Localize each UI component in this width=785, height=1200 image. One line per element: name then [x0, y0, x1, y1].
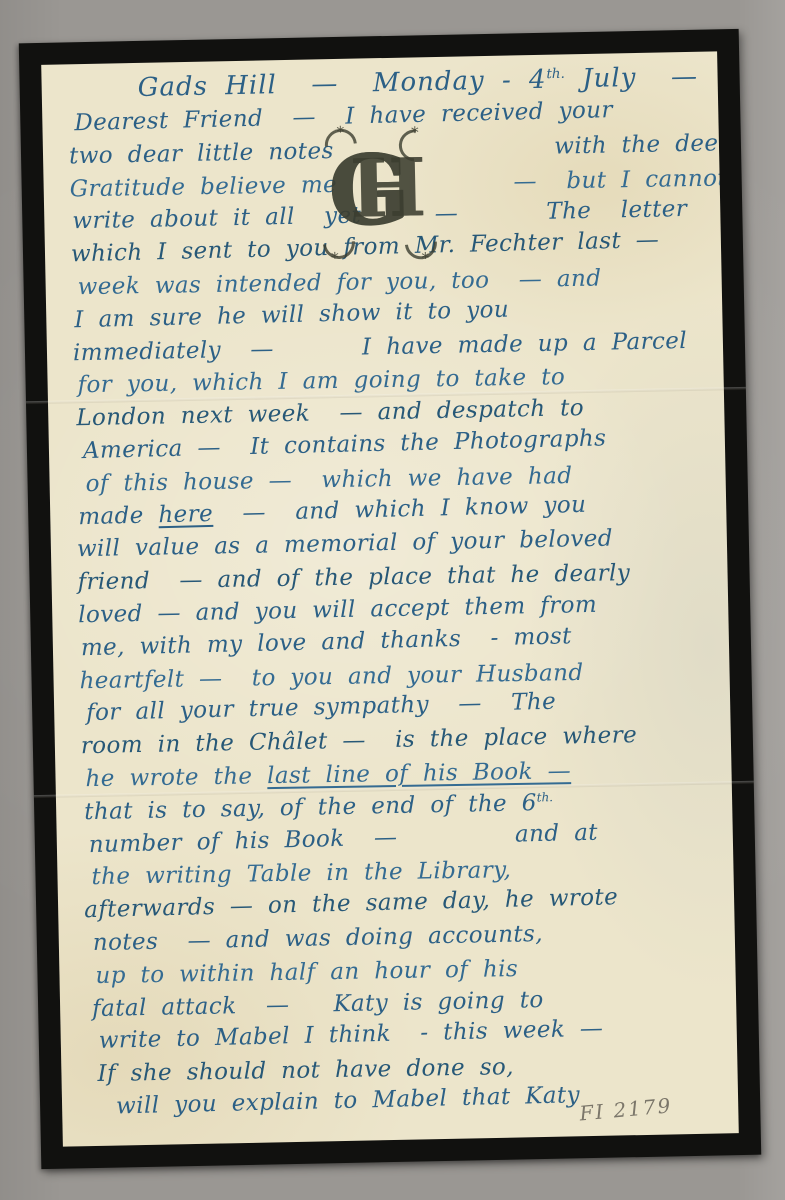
text-segment: made — [78, 502, 159, 530]
mourning-border-letter: Gads Hill — Monday - 4th. July — * * * *… — [19, 29, 761, 1169]
text-segment: th. — [546, 66, 565, 82]
text-segment: July — — [565, 62, 699, 95]
text-segment: Gads Hill — Monday - 4 — [137, 65, 546, 103]
text-segment: If she should not have done so, — [97, 1054, 514, 1087]
text-segment: th. — [537, 790, 554, 804]
text-segment: the writing Table in the Library, — [91, 857, 511, 890]
text-segment: Dearest Friend — I have received your — [74, 97, 613, 136]
underlined-phrase: here — [158, 501, 213, 528]
underlined-phrase: last line of his Book — — [267, 758, 571, 789]
letter-body: Dearest Friend — I have received yourtwo… — [42, 97, 738, 1127]
letter-paper: Gads Hill — Monday - 4th. July — * * * *… — [41, 51, 739, 1146]
text-segment: he wrote the — [85, 763, 267, 792]
scanner-background: { "colors": { "scanner_background": "#9a… — [0, 0, 785, 1200]
